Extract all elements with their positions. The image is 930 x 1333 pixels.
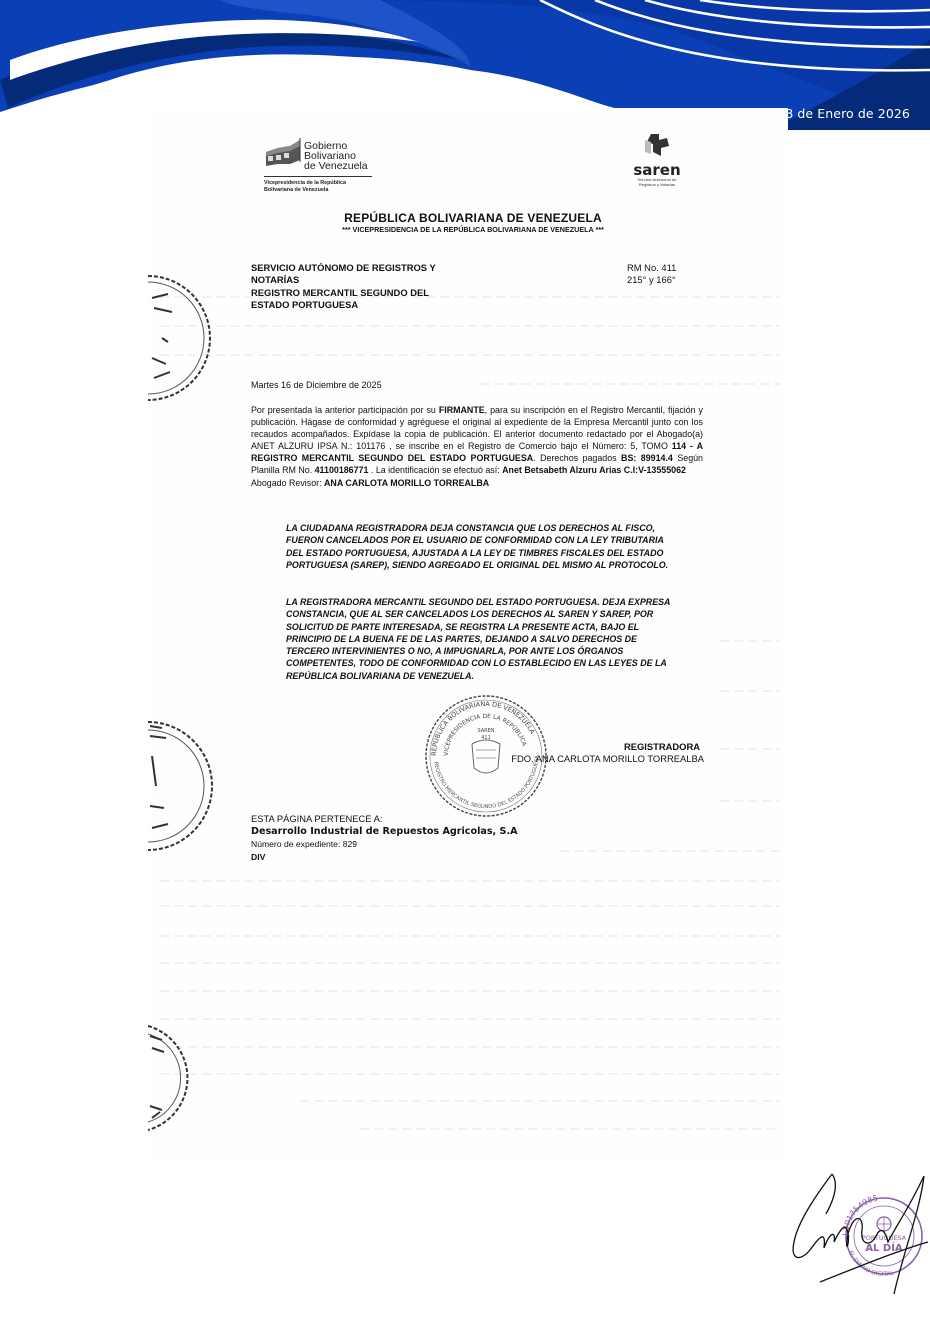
document-subtitle: *** VICEPRESIDENCIA DE LA REPÚBLICA BOLI… <box>0 225 930 234</box>
government-logo: Gobierno Bolivariano de Venezuela Vicepr… <box>264 132 384 198</box>
saren-logo-sub2: Registros y Notarías <box>622 182 692 187</box>
saren-logo: saren Servicio Autónomo de Registros y N… <box>622 130 692 198</box>
office-heading: SERVICIO AUTÓNOMO DE REGISTROS Y NOTARÍA… <box>251 262 511 311</box>
gov-logo-line3: de Venezuela <box>304 161 368 171</box>
rm-number: RM No. 411 <box>627 262 676 274</box>
planilla-number: 41100186771 <box>315 465 369 475</box>
ownership-label: ESTA PÁGINA PERTENECE A: <box>251 812 518 825</box>
signer-block: REGISTRADORA FDO. ANA CARLOTA MORILLO TO… <box>480 741 704 765</box>
registry-reference: RM No. 411 215° y 166° <box>627 262 676 287</box>
registrar-notice: LA REGISTRADORA MERCANTIL SEGUNDO DEL ES… <box>286 596 676 682</box>
signature-icon: J-501754985 EL DIARIO DIGITAL PORTUGUESA… <box>790 1170 930 1300</box>
document-title: REPÚBLICA BOLIVARIANA DE VENEZUELA <box>0 211 930 225</box>
registration-paragraph: Por presentada la anterior participación… <box>251 404 703 489</box>
signer-name: FDO. ANA CARLOTA MORILLO TORREALBA <box>480 753 704 765</box>
signer-role: REGISTRADORA <box>480 741 704 753</box>
fiscal-notice: LA CIUDADANA REGISTRADORA DEJA CONSTANCI… <box>286 522 676 571</box>
svg-text:SAREN: SAREN <box>477 728 494 734</box>
identified-person: Anet Betsabeth Alzuru Arias C.I:V-135550… <box>502 465 686 475</box>
company-code: DIV <box>251 851 518 864</box>
office-line2: NOTARÍAS <box>251 274 511 286</box>
company-name: Desarrollo Industrial de Repuestos Agric… <box>251 825 518 838</box>
document-date: Martes 16 de Diciembre de 2025 <box>251 380 382 390</box>
svg-text:PORTUGUESA: PORTUGUESA <box>862 1234 907 1242</box>
reference-years: 215° y 166° <box>627 274 676 286</box>
reviewer-name: ANA CARLOTA MORILLO TORREALBA <box>324 478 489 488</box>
saren-logo-icon <box>641 130 673 158</box>
office-line3: REGISTRO MERCANTIL SEGUNDO DEL <box>251 287 511 299</box>
edge-seal-icon <box>148 716 214 856</box>
gov-logo-sub1: Vicepresidencia de la República <box>264 180 346 187</box>
fees-amount: BS: 89914.4 <box>621 453 673 463</box>
file-number: Número de expediente: 829 <box>251 838 518 851</box>
firmante-label: FIRMANTE <box>439 405 485 415</box>
saren-logo-name: saren <box>622 163 692 177</box>
edge-seal-icon <box>148 268 214 408</box>
gov-logo-sub2: Bolivariana de Venezuela <box>264 187 346 194</box>
office-line4: ESTADO PORTUGUESA <box>251 299 511 311</box>
office-line1: SERVICIO AUTÓNOMO DE REGISTROS Y <box>251 262 511 274</box>
venezuela-flag-icon <box>264 138 302 168</box>
edge-seal-icon <box>148 1022 214 1134</box>
page-ownership: ESTA PÁGINA PERTENECE A: Desarrollo Indu… <box>251 812 518 864</box>
